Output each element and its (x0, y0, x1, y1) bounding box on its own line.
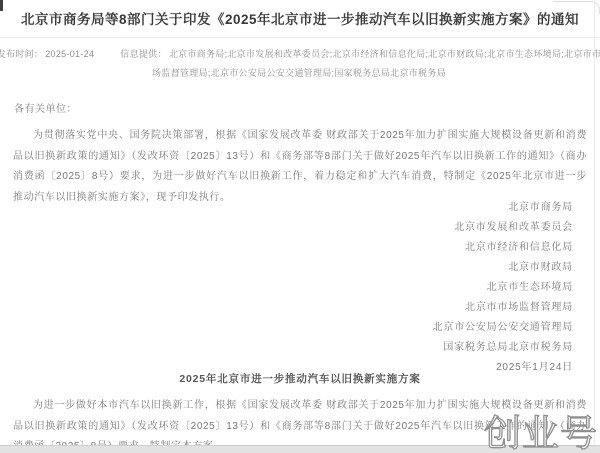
signature-line: 北京市商务局 (0, 198, 573, 218)
meta-line: 发布时间：2025-01-24信息提供：北京市商务局;北京市发展和改革委员会;北… (0, 45, 600, 83)
publish-date: 2025-01-24 (45, 49, 94, 59)
document-title: 北京市商务局等8部门关于印发《2025年北京市进一步推动汽车以旧换新实施方案》的… (0, 10, 600, 30)
signature-block: 北京市商务局 北京市发展和改革委员会 北京市经济和信息化局 北京市财政局 北京市… (0, 198, 600, 378)
signature-line: 北京市发展和改革委员会 (0, 218, 573, 238)
signature-line: 北京市公安局公安交通管理局 (0, 318, 573, 338)
signature-line: 北京市生态环境局 (0, 278, 573, 298)
signature-line: 国家税务总局北京市税务局 (0, 338, 573, 358)
plan-heading: 2025年北京市进一步推动汽车以旧换新实施方案 (0, 371, 600, 386)
signature-line: 北京市市场监督管理局 (0, 298, 573, 318)
watermark-label: 创业号 (484, 415, 598, 452)
signature-line: 北京市财政局 (0, 258, 573, 278)
notice-paragraph: 为贯彻落实党中央、国务院决策部署，根据《国家发展改革委 财政部关于2025年加力… (0, 126, 600, 208)
salutation: 各有关单位： (14, 100, 77, 115)
notice-document-page: 北京市商务局等8部门关于印发《2025年北京市进一步推动汽车以旧换新实施方案》的… (0, 0, 600, 453)
signature-line: 北京市经济和信息化局 (0, 238, 573, 258)
provider-label: 信息提供： (120, 49, 167, 59)
publish-time-label: 发布时间： (0, 49, 43, 59)
title-divider (0, 37, 600, 38)
provider-list: 北京市商务局;北京市发展和改革委员会;北京市经济和信息化局;北京市财政局;北京市… (152, 49, 600, 78)
